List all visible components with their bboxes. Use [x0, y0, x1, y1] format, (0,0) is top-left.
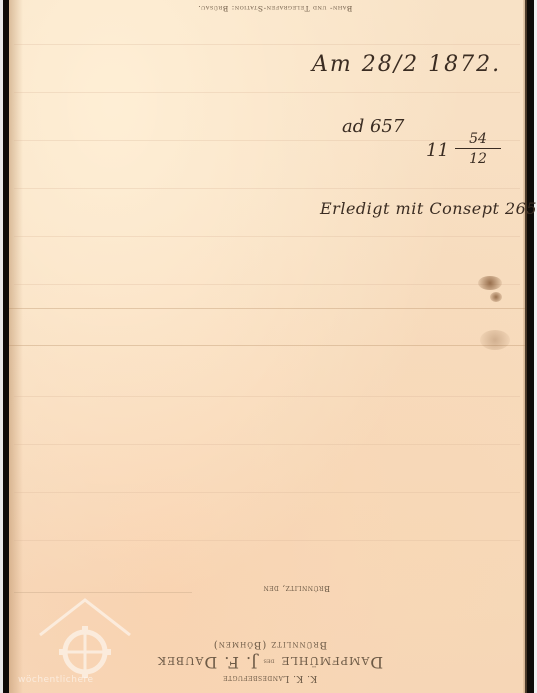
fold-line [9, 308, 525, 309]
ruled-line [14, 444, 520, 445]
letterhead-line-1: K. K. Landesbefugte [140, 672, 400, 684]
letterhead-line-2: Dampfmühle des J. F. Daubek [140, 652, 400, 673]
handwritten-ad-number: ad 657 [342, 116, 404, 137]
ruled-line [14, 236, 520, 237]
scan-left-margin [0, 0, 3, 693]
ruled-line [14, 540, 520, 541]
ruled-line [14, 92, 520, 93]
ruled-line [14, 188, 520, 189]
handwritten-fraction: 54 12 [455, 130, 501, 169]
ruled-line [14, 44, 520, 45]
ink-stain [490, 292, 502, 302]
handwritten-date: Am 28/2 1872. [312, 52, 501, 77]
letterhead-des: des [263, 658, 274, 666]
fold-line [9, 345, 525, 346]
handwritten-note: Erledigt mit Consept 2657. [320, 199, 537, 218]
letterhead-line-3: Brünnlitz (Böhmen) [140, 639, 400, 652]
fraction-numerator: 54 [455, 130, 501, 149]
ruled-line [14, 396, 520, 397]
watermark-text: wöchentlichere [18, 675, 138, 685]
paper-left-shadow [9, 0, 23, 693]
ink-stain [478, 276, 502, 290]
ink-stain [480, 330, 510, 350]
letterhead-owner-name: J. F. Daubek [157, 653, 258, 672]
fraction-denominator: 12 [455, 149, 501, 169]
letterhead-company-name: Dampfmühle [281, 653, 384, 672]
handwritten-amount-whole: 11 [426, 140, 449, 161]
ruled-line [14, 492, 520, 493]
letterhead-company-block: K. K. Landesbefugte Dampfmühle des J. F.… [140, 618, 400, 684]
letterhead-station-line: Bahn- und Telegrafen-Station: Brüsau. [150, 4, 400, 13]
letterhead-place-date: Brünnlitz, den [180, 584, 330, 593]
ruled-line [14, 284, 520, 285]
